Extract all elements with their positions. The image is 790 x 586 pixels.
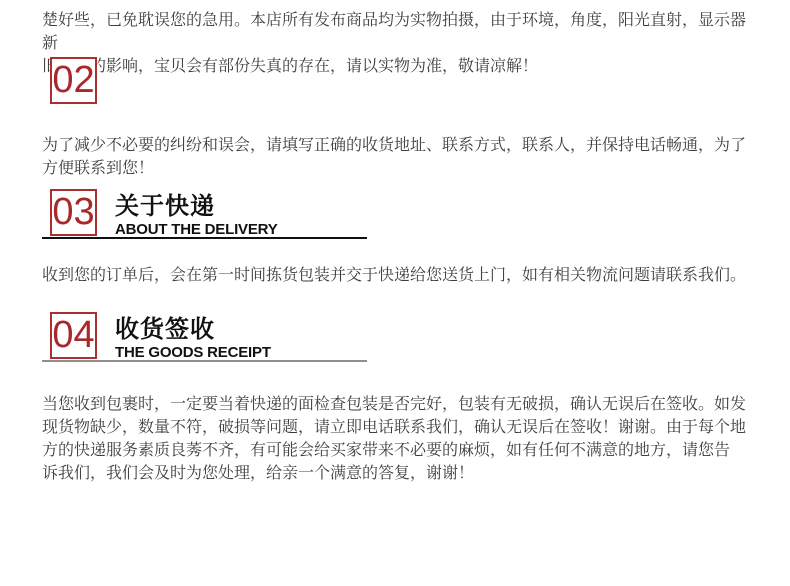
section-04-divider [42,360,367,362]
section-03-header: 关于快递 ABOUT THE DELIVERY [115,194,278,237]
section-03-divider [42,237,367,239]
page-canvas: 楚好些，已免耽误您的急用。本店所有发布商品均为实物拍摄，由于环境，角度，阳光直射… [0,0,790,586]
section-02-body: 为了减少不必要的纠纷和误会，请填写正确的收货地址、联系方式，联系人，并保持电话畅… [42,134,758,180]
section-04-title: 收货签收 [115,317,271,343]
section-number-badge-03: 03 [50,189,97,236]
section-number-badge-02: 02 [50,57,97,104]
section-03-title: 关于快递 [115,194,278,220]
intro-paragraph: 楚好些，已免耽误您的急用。本店所有发布商品均为实物拍摄，由于环境，角度，阳光直射… [42,9,758,78]
section-03-subtitle: ABOUT THE DELIVERY [115,222,278,237]
section-04-header: 收货签收 THE GOODS RECEIPT [115,317,271,360]
section-number-badge-04: 04 [50,312,97,359]
section-04-subtitle: THE GOODS RECEIPT [115,345,271,360]
section-03-body: 收到您的订单后，会在第一时间拣货包装并交于快递给您送货上门，如有相关物流问题请联… [42,264,758,287]
section-04-body: 当您收到包裹时，一定要当着快递的面检查包装是否完好，包装有无破损，确认无误后在签… [42,393,758,485]
